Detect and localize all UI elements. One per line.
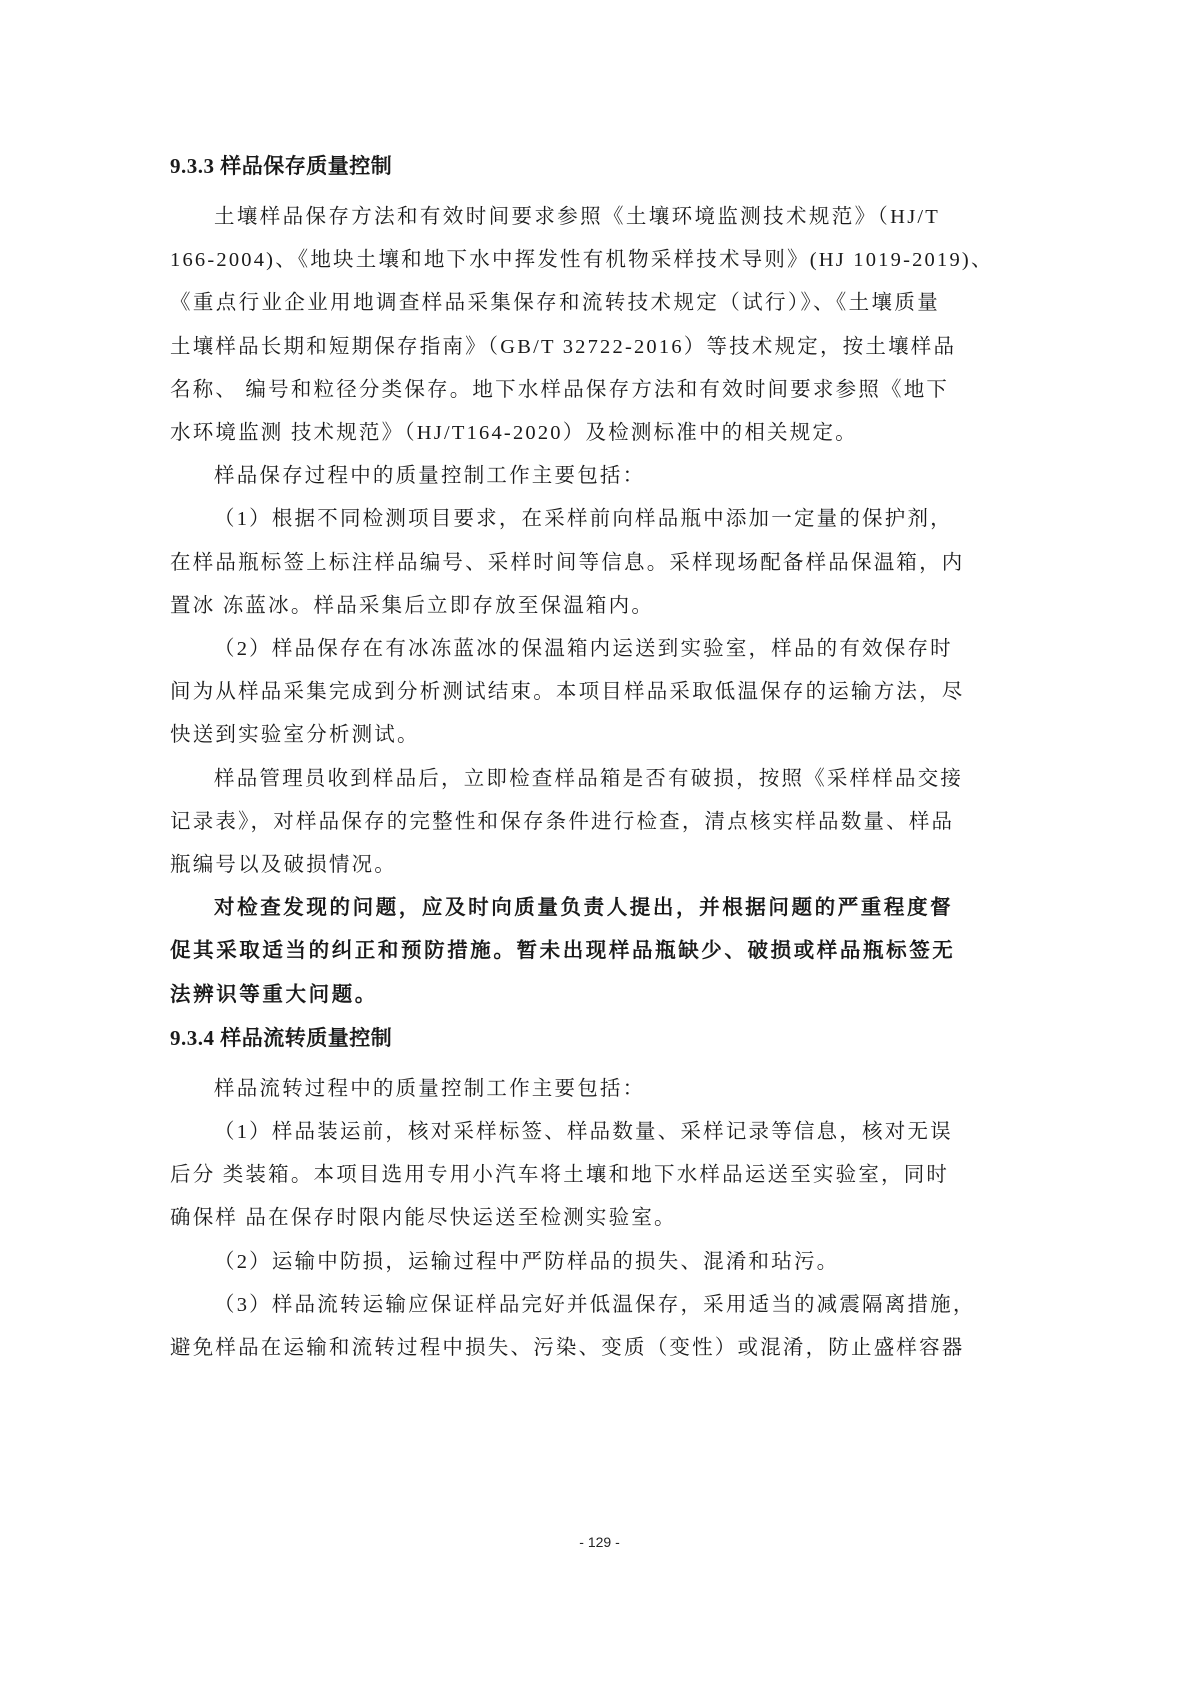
paragraph-sample-receipt: 样品管理员收到样品后，立即检查样品箱是否有破损，按照《采样样品交接 记录表》，对… [170, 758, 940, 888]
text-line: 法辨识等重大问题。 [170, 974, 940, 1017]
paragraph-storage-standards: 土壤样品保存方法和有效时间要求参照《土壤环境监测技术规范》（HJ/T 166-2… [170, 196, 940, 455]
text-line: （2）运输中防损，运输过程中严防样品的损失、混淆和玷污。 [170, 1241, 940, 1284]
page-number: - 129 - [0, 1534, 1199, 1550]
document-page: 9.3.3 样品保存质量控制 土壤样品保存方法和有效时间要求参照《土壤环境监测技… [170, 145, 940, 1370]
text-line: 土壤样品长期和短期保存指南》（GB/T 32722-2016）等技术规定，按土壤… [170, 326, 940, 369]
text-line: 促其采取适当的纠正和预防措施。暂未出现样品瓶缺少、破损或样品瓶标签无 [170, 930, 940, 973]
text-line: 在样品瓶标签上标注样品编号、采样时间等信息。采样现场配备样品保温箱，内 [170, 542, 940, 585]
text-line: （2）样品保存在有冰冻蓝冰的保温箱内运送到实验室，样品的有效保存时 [170, 628, 940, 671]
paragraph-storage-intro: 样品保存过程中的质量控制工作主要包括： [170, 455, 940, 498]
text-line: 瓶编号以及破损情况。 [170, 844, 940, 887]
text-line: 《重点行业企业用地调查样品采集保存和流转技术规定（试行）》、《土壤质量 [170, 282, 940, 325]
paragraph-storage-item-2: （2）样品保存在有冰冻蓝冰的保温箱内运送到实验室，样品的有效保存时 间为从样品采… [170, 628, 940, 758]
text-line: （3）样品流转运输应保证样品完好并低温保存，采用适当的减震隔离措施， [170, 1284, 940, 1327]
text-line: 避免样品在运输和流转过程中损失、污染、变质（变性）或混淆，防止盛样容器 [170, 1327, 940, 1370]
text-line: 快送到实验室分析测试。 [170, 714, 940, 757]
text-line: 166-2004)、《地块土壤和地下水中挥发性有机物采样技术导则》(HJ 101… [170, 239, 940, 282]
text-line: 置冰 冻蓝冰。样品采集后立即存放至保温箱内。 [170, 585, 940, 628]
text-line: 样品保存过程中的质量控制工作主要包括： [170, 455, 940, 498]
paragraph-transfer-item-3: （3）样品流转运输应保证样品完好并低温保存，采用适当的减震隔离措施， 避免样品在… [170, 1284, 940, 1370]
paragraph-issue-handling: 对检查发现的问题，应及时向质量负责人提出，并根据问题的严重程度督 促其采取适当的… [170, 887, 940, 1017]
text-line: 水环境监测 技术规范》（HJ/T164-2020）及检测标准中的相关规定。 [170, 412, 940, 455]
text-line: 样品管理员收到样品后，立即检查样品箱是否有破损，按照《采样样品交接 [170, 758, 940, 801]
section-heading-9-3-4: 9.3.4 样品流转质量控制 [170, 1017, 940, 1060]
text-line: 间为从样品采集完成到分析测试结束。本项目样品采取低温保存的运输方法，尽 [170, 671, 940, 714]
text-line: 样品流转过程中的质量控制工作主要包括： [170, 1068, 940, 1111]
paragraph-storage-item-1: （1）根据不同检测项目要求，在采样前向样品瓶中添加一定量的保护剂， 在样品瓶标签… [170, 498, 940, 628]
text-line: （1）根据不同检测项目要求，在采样前向样品瓶中添加一定量的保护剂， [170, 498, 940, 541]
text-line: 名称、 编号和粒径分类保存。地下水样品保存方法和有效时间要求参照《地下 [170, 369, 940, 412]
section-heading-9-3-3: 9.3.3 样品保存质量控制 [170, 145, 940, 188]
text-line: 记录表》，对样品保存的完整性和保存条件进行检查，清点核实样品数量、样品 [170, 801, 940, 844]
text-line: 土壤样品保存方法和有效时间要求参照《土壤环境监测技术规范》（HJ/T [170, 196, 940, 239]
text-line: 对检查发现的问题，应及时向质量负责人提出，并根据问题的严重程度督 [170, 887, 940, 930]
text-line: 确保样 品在保存时限内能尽快运送至检测实验室。 [170, 1197, 940, 1240]
text-line: 后分 类装箱。本项目选用专用小汽车将土壤和地下水样品运送至实验室，同时 [170, 1154, 940, 1197]
paragraph-transfer-item-2: （2）运输中防损，运输过程中严防样品的损失、混淆和玷污。 [170, 1241, 940, 1284]
paragraph-transfer-intro: 样品流转过程中的质量控制工作主要包括： [170, 1068, 940, 1111]
paragraph-transfer-item-1: （1）样品装运前，核对采样标签、样品数量、采样记录等信息，核对无误 后分 类装箱… [170, 1111, 940, 1241]
text-line: （1）样品装运前，核对采样标签、样品数量、采样记录等信息，核对无误 [170, 1111, 940, 1154]
